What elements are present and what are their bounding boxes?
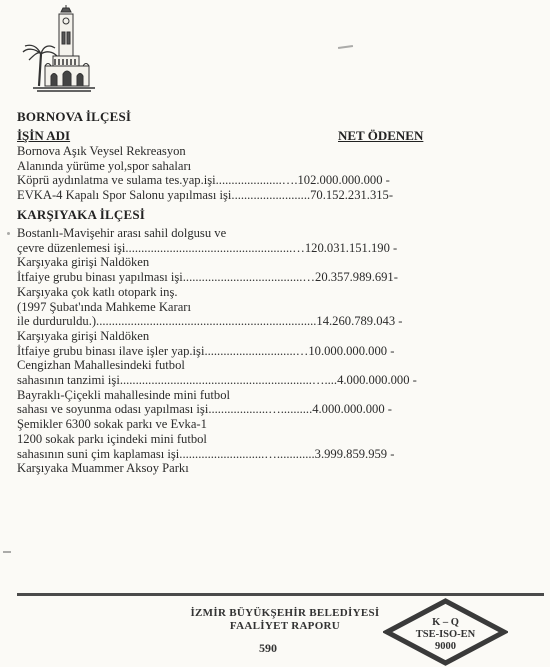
- list-item-line: İtfaiye grubu binası yapılması işi......…: [17, 270, 398, 284]
- list-item-line: Karşıyaka çok katlı otopark inş.: [17, 285, 178, 299]
- list-item-line: Karşıyaka girişi Naldöken: [17, 329, 149, 343]
- footer-organization: İZMİR BÜYÜKŞEHİR BELEDİYESİ: [170, 607, 400, 619]
- badge-line-1: K – Q: [383, 617, 508, 629]
- list-item-line: Köprü aydınlatma ve sulama tes.yap.işi..…: [17, 173, 390, 187]
- list-item-line: sahasının tanzimi işi...................…: [17, 373, 417, 387]
- column-header-job-name: İŞİN ADI: [17, 128, 70, 144]
- clock-tower-logo-icon: [17, 4, 97, 94]
- list-item-line: ile durduruldu.)........................…: [17, 314, 403, 328]
- list-item-line: sahasının suni çim kaplaması işi........…: [17, 447, 394, 461]
- scan-artifact: [7, 232, 10, 235]
- list-item-line: Alanında yürüme yol,spor sahaları: [17, 159, 191, 173]
- column-header-net-paid: NET ÖDENEN: [338, 128, 423, 144]
- scan-artifact: [3, 551, 11, 553]
- list-item-line: Bornova Aşık Veysel Rekreasyon: [17, 144, 186, 158]
- footer-report-title: FAALİYET RAPORU: [170, 620, 400, 632]
- section-title-karsiyaka: KARŞIYAKA İLÇESİ: [17, 207, 145, 223]
- list-item-line: İtfaiye grubu binası ilave işler yap.işi…: [17, 344, 394, 358]
- list-item-line: sahası ve soyunma odası yapılması işi...…: [17, 402, 392, 416]
- list-item-line: Şemikler 6300 sokak parkı ve Evka-1: [17, 417, 207, 431]
- list-item-line: Bayraklı-Çiçekli mahallesinde mini futbo…: [17, 388, 230, 402]
- list-item-line: Karşıyaka Muammer Aksoy Parkı: [17, 461, 189, 475]
- badge-line-3: 9000: [383, 641, 508, 653]
- list-item-line: EVKA-4 Kapalı Spor Salonu yapılması işi.…: [17, 188, 393, 202]
- list-item-line: Karşıyaka girişi Naldöken: [17, 255, 149, 269]
- page-number: 590: [259, 641, 277, 656]
- list-item-line: (1997 Şubat'ında Mahkeme Kararı: [17, 300, 191, 314]
- list-item-line: Cengizhan Mahallesindeki futbol: [17, 358, 185, 372]
- footer-rule: [17, 593, 544, 596]
- scan-artifact: [338, 45, 353, 49]
- badge-line-2: TSE-ISO-EN: [383, 629, 508, 641]
- list-item-line: 1200 sokak parkı içindeki mini futbol: [17, 432, 207, 446]
- list-item-line: çevre düzenlemesi işi...................…: [17, 241, 397, 255]
- section-title-bornova: BORNOVA İLÇESİ: [17, 109, 131, 125]
- list-item-line: Bostanlı-Mavişehir arası sahil dolgusu v…: [17, 226, 226, 240]
